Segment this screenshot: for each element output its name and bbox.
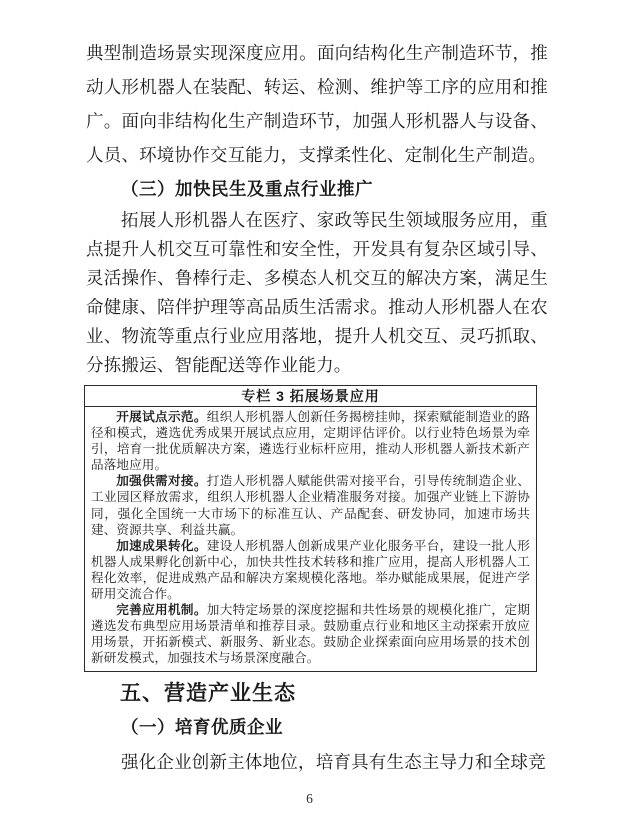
box-item-supply-demand: 加强供需对接。打造人形机器人赋能供需对接平台，引导传统制造企业、工业园区释放需求… <box>91 473 530 537</box>
page-number: 6 <box>0 791 619 807</box>
page-content: 典型制造场景实现深度应用。面向结构化生产制造环节，推动人形机器人在装配、转运、检… <box>86 36 548 779</box>
section-heading-3: （三）加快民生及重点行业推广 <box>86 172 548 206</box>
section-heading-1: （一）培育优质企业 <box>86 714 548 740</box>
paragraph-continuation: 典型制造场景实现深度应用。面向结构化生产制造环节，推动人形机器人在装配、转运、检… <box>86 36 548 172</box>
paragraph-section3: 拓展人形机器人在医疗、家政等民生领域服务应用，重点提升人机交互可靠性和安全性，开… <box>86 206 548 380</box>
box-item-application-mechanism: 完善应用机制。加大特定场景的深度挖掘和共性场景的规模化推广，定期遴选发布典型应用… <box>91 602 530 666</box>
box-item-lead: 完善应用机制。 <box>116 603 207 617</box>
box-item-lead: 加速成果转化。 <box>116 539 207 553</box>
document-page: 典型制造场景实现深度应用。面向结构化生产制造环节，推动人形机器人在装配、转运、检… <box>0 0 619 828</box>
box-item-lead: 加强供需对接。 <box>116 474 207 488</box>
box-item-results-transform: 加速成果转化。建设人形机器人创新成果产业化服务平台，建设一批人形机器人成果孵化创… <box>91 538 530 602</box>
box-item-lead: 开展试点示范。 <box>116 410 207 424</box>
paragraph-last: 强化企业创新主体地位，培育具有生态主导力和全球竞 <box>86 746 548 779</box>
column-3-box: 专栏 3 拓展场景应用 开展试点示范。组织人形机器人创新任务揭榜挂帅，探索赋能制… <box>84 385 537 672</box>
column-box-body: 开展试点示范。组织人形机器人创新任务揭榜挂帅，探索赋能制造业的路径和模式，遴选优… <box>85 407 536 671</box>
chapter-heading-5: 五、营造产业生态 <box>86 681 548 707</box>
column-box-title: 专栏 3 拓展场景应用 <box>85 386 536 407</box>
box-item-pilot-demo: 开展试点示范。组织人形机器人创新任务揭榜挂帅，探索赋能制造业的路径和模式，遴选优… <box>91 409 530 473</box>
